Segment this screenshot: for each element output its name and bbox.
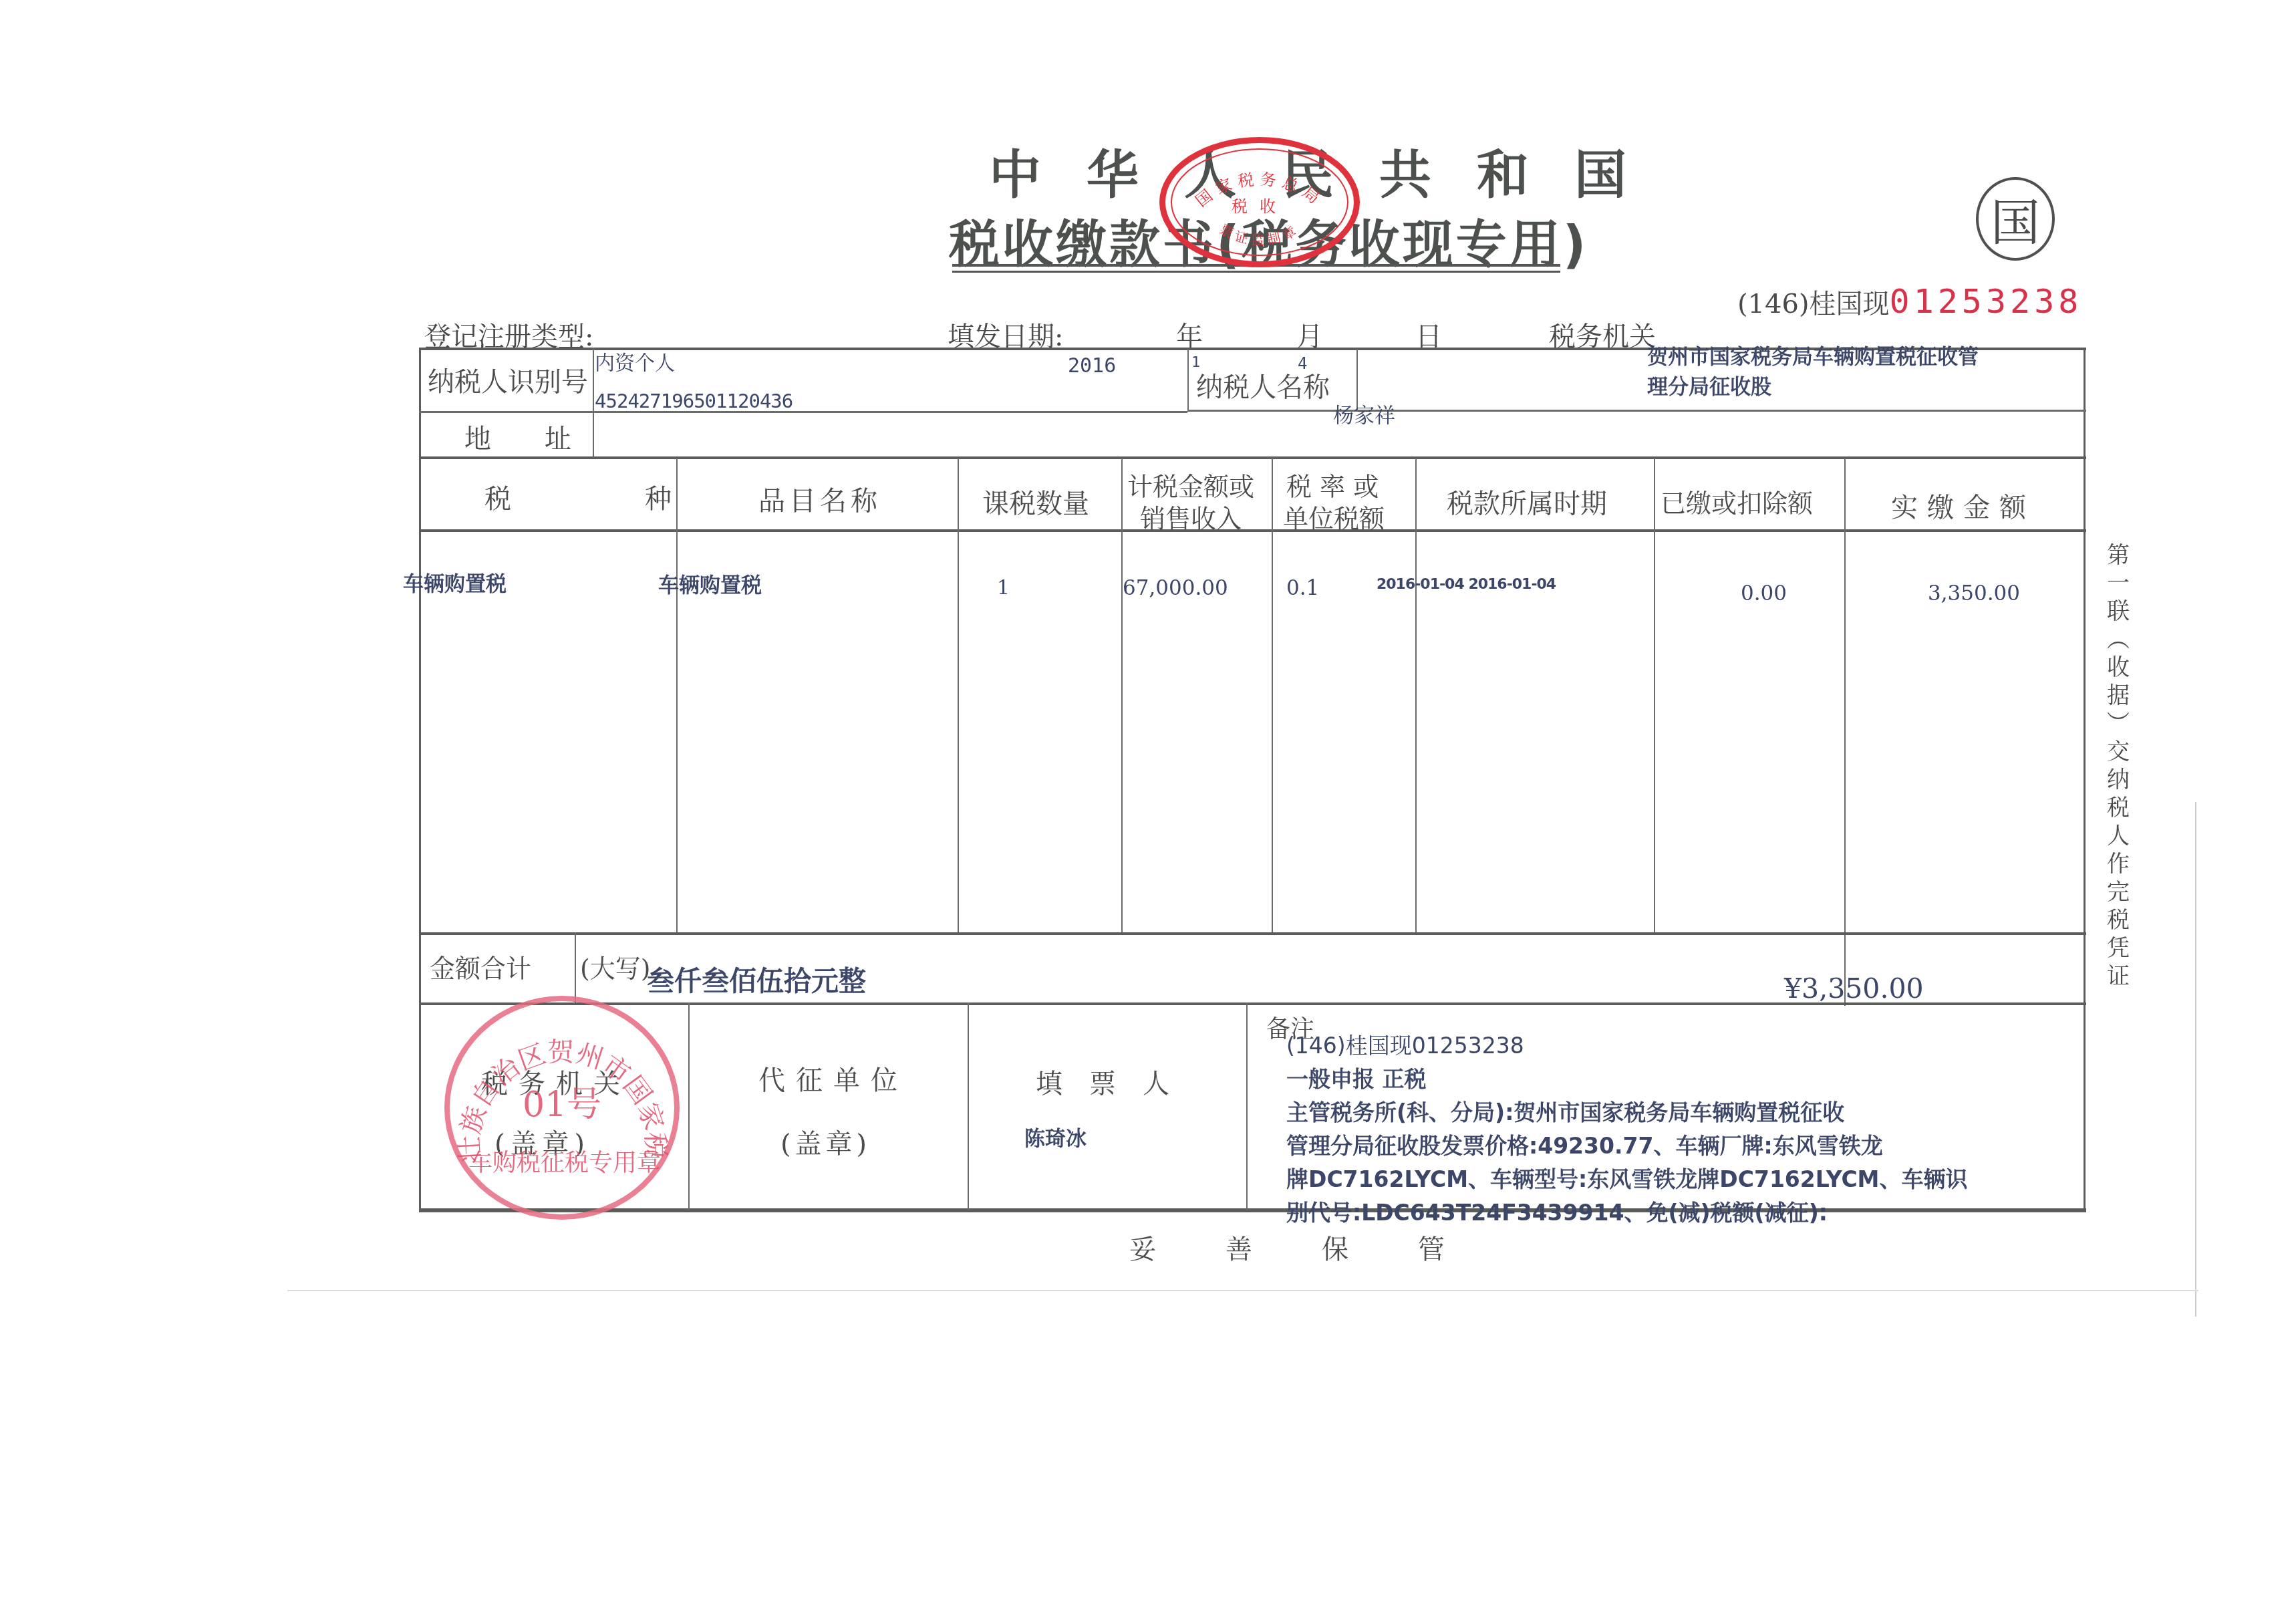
cell-paid-deducted: 0.00 — [1741, 581, 1787, 606]
issue-day-value: 4 — [1298, 354, 1307, 373]
side-note-char: 凭 — [2104, 934, 2133, 962]
taxpayer-id-label: 纳税人识别号 — [428, 361, 588, 399]
grid-line — [419, 529, 2086, 532]
grid-line — [958, 458, 959, 932]
grid-line — [1272, 458, 1273, 932]
col-header-tax-type: 税 种 — [484, 478, 698, 516]
cell-item-name: 车辆购置税 — [658, 568, 762, 598]
remarks-line: 牌DC7162LYCM、车辆型号:东风雪铁龙牌DC7162LYCM、车辆识 — [1260, 1163, 2061, 1196]
grid-line — [419, 411, 1187, 413]
receipt-serial: (146)桂国现01253238 — [1737, 282, 2082, 321]
cell-actual-paid: 3,350.00 — [1928, 581, 2020, 606]
serial-number: 01253238 — [1890, 282, 2083, 321]
agent-unit-label: 代征单位 — [758, 1059, 908, 1097]
side-note-char: 完 — [2104, 878, 2133, 906]
remarks-line: 管理分局征收股发票价格:49230.77、车辆厂牌:东风雪铁龙 — [1260, 1129, 2061, 1163]
col-header-quantity: 课税数量 — [982, 483, 1089, 521]
grid-line — [2084, 348, 2086, 1211]
svg-text:车购税征税专用章: 车购税征税专用章 — [468, 1150, 661, 1177]
side-note-char: ︶ — [2104, 710, 2133, 738]
total-uppercase-amount: 叁仟叁佰伍拾元整 — [647, 959, 866, 998]
svg-text:01号: 01号 — [523, 1085, 601, 1125]
issue-month-value: 1 — [1191, 354, 1200, 371]
remarks-content: (146)桂国现01253238 一般申报 正税 主管税务所(科、分局):贺州市… — [1260, 1013, 2061, 1230]
side-note-char: 一 — [2104, 569, 2133, 597]
registration-type-value: 内资个人 — [595, 346, 675, 376]
grid-line — [419, 932, 2086, 935]
svg-text:广西壮族自治区贺州市国家税务局: 广西壮族自治区贺州市国家税务局 — [444, 996, 670, 1164]
side-note-char: 税 — [2104, 906, 2133, 934]
total-amount: ¥3,350.00 — [1784, 972, 1924, 1004]
grid-line — [1415, 458, 1417, 932]
footer-note: 妥 善 保 管 — [1129, 1228, 1466, 1266]
cell-period: 2016-01-04 2016-01-04 — [1377, 576, 1556, 593]
grid-line — [1246, 1002, 1248, 1210]
side-note-char: 证 — [2104, 962, 2133, 990]
tax-authority-value-line1: 贺州市国家税务局车辆购置税征收管 — [1647, 340, 1979, 370]
cell-period-end: 2016-01-04 — [1468, 576, 1556, 593]
col-header-taxable-amount-line2: 销售收入 — [1140, 498, 1242, 535]
side-note-char: 收 — [2104, 654, 2133, 682]
grid-line — [1654, 458, 1655, 932]
taxpayer-name-label: 纳税人名称 — [1196, 366, 1330, 404]
side-note-char: 据 — [2104, 682, 2133, 710]
col-header-paid-deducted: 已缴或扣除额 — [1661, 483, 1813, 519]
taxpayer-id-value: 452427196501120436 — [595, 390, 793, 412]
side-note-char: 交 — [2104, 738, 2133, 766]
grid-line — [688, 1002, 690, 1210]
national-tax-mark: 国 — [1976, 177, 2055, 261]
grid-line — [419, 456, 2086, 459]
filler-name: 陈琦冰 — [1024, 1121, 1087, 1152]
cell-tax-type: 车辆购置税 — [403, 567, 507, 597]
grid-line — [968, 1002, 969, 1210]
side-note-char: ︵ — [2104, 626, 2133, 654]
side-note-char: 税 — [2104, 794, 2133, 822]
grid-line — [1844, 458, 1846, 1006]
grid-line — [593, 348, 594, 458]
col-header-actual-paid: 实缴金额 — [1891, 487, 2035, 525]
cell-period-start: 2016-01-04 — [1377, 576, 1464, 593]
remarks-line: 一般申报 正税 — [1260, 1063, 2061, 1096]
paper-edge-right — [2195, 802, 2196, 1317]
svg-text:票证监制章: 票证监制章 — [1217, 221, 1302, 248]
grid-line — [1187, 349, 1189, 411]
total-label: 金额合计 — [430, 948, 531, 984]
tax-bureau-seal-bottom-text: 广西壮族自治区贺州市国家税务局 01号 车购税征税专用章 — [444, 996, 680, 1220]
side-note-char: 第 — [2104, 541, 2133, 569]
tax-bureau-seal-top-text: 国家税务总局 税收 票证监制章 — [1159, 137, 1360, 267]
grid-line — [575, 932, 576, 1002]
grid-line — [1187, 410, 2086, 412]
serial-prefix: (146)桂国现 — [1737, 289, 1890, 319]
svg-text:税收: 税收 — [1232, 197, 1288, 216]
remarks-line: 主管税务所(科、分局):贺州市国家税务局车辆购置税征收 — [1260, 1096, 2061, 1129]
agent-seal-label: (盖章) — [780, 1123, 871, 1161]
cell-taxable-amount: 67,000.00 — [1123, 576, 1228, 600]
grid-line — [1121, 458, 1123, 932]
side-note-char: 纳 — [2104, 766, 2133, 794]
side-note-char: 人 — [2104, 822, 2133, 850]
filler-label: 填 票 人 — [1036, 1063, 1169, 1101]
paper-edge-bottom — [287, 1290, 2198, 1291]
cell-rate: 0.1 — [1286, 576, 1319, 600]
remarks-line: 别代号:LDC643T24F3439914、免(减)税额(减征): — [1260, 1196, 2061, 1230]
col-header-item-name: 品目名称 — [758, 480, 881, 518]
remarks-line: (146)桂国现01253238 — [1260, 1029, 2061, 1063]
copy-side-note: 第一联︵收据︶交纳税人作完税凭证 — [2104, 541, 2133, 990]
issue-year-value: 2016 — [1068, 354, 1116, 378]
address-label: 地 址 — [464, 418, 585, 456]
side-note-char: 联 — [2104, 597, 2133, 626]
col-header-taxable-amount-line1: 计税金额或 — [1127, 466, 1254, 503]
col-header-rate-line2: 单位税额 — [1283, 498, 1385, 535]
col-header-tax-period: 税款所属时期 — [1447, 483, 1607, 521]
col-header-rate-line1: 税 率 或 — [1286, 466, 1379, 503]
cell-quantity: 1 — [997, 576, 1010, 599]
taxpayer-name-value: 杨家祥 — [1333, 398, 1395, 428]
grid-line — [676, 458, 678, 932]
side-note-char: 作 — [2104, 850, 2133, 878]
title-underline — [952, 271, 1560, 273]
total-uppercase-label: (大写) — [580, 948, 651, 984]
grid-line — [419, 348, 421, 1211]
tax-authority-value-line2: 理分局征收股 — [1647, 370, 1771, 400]
